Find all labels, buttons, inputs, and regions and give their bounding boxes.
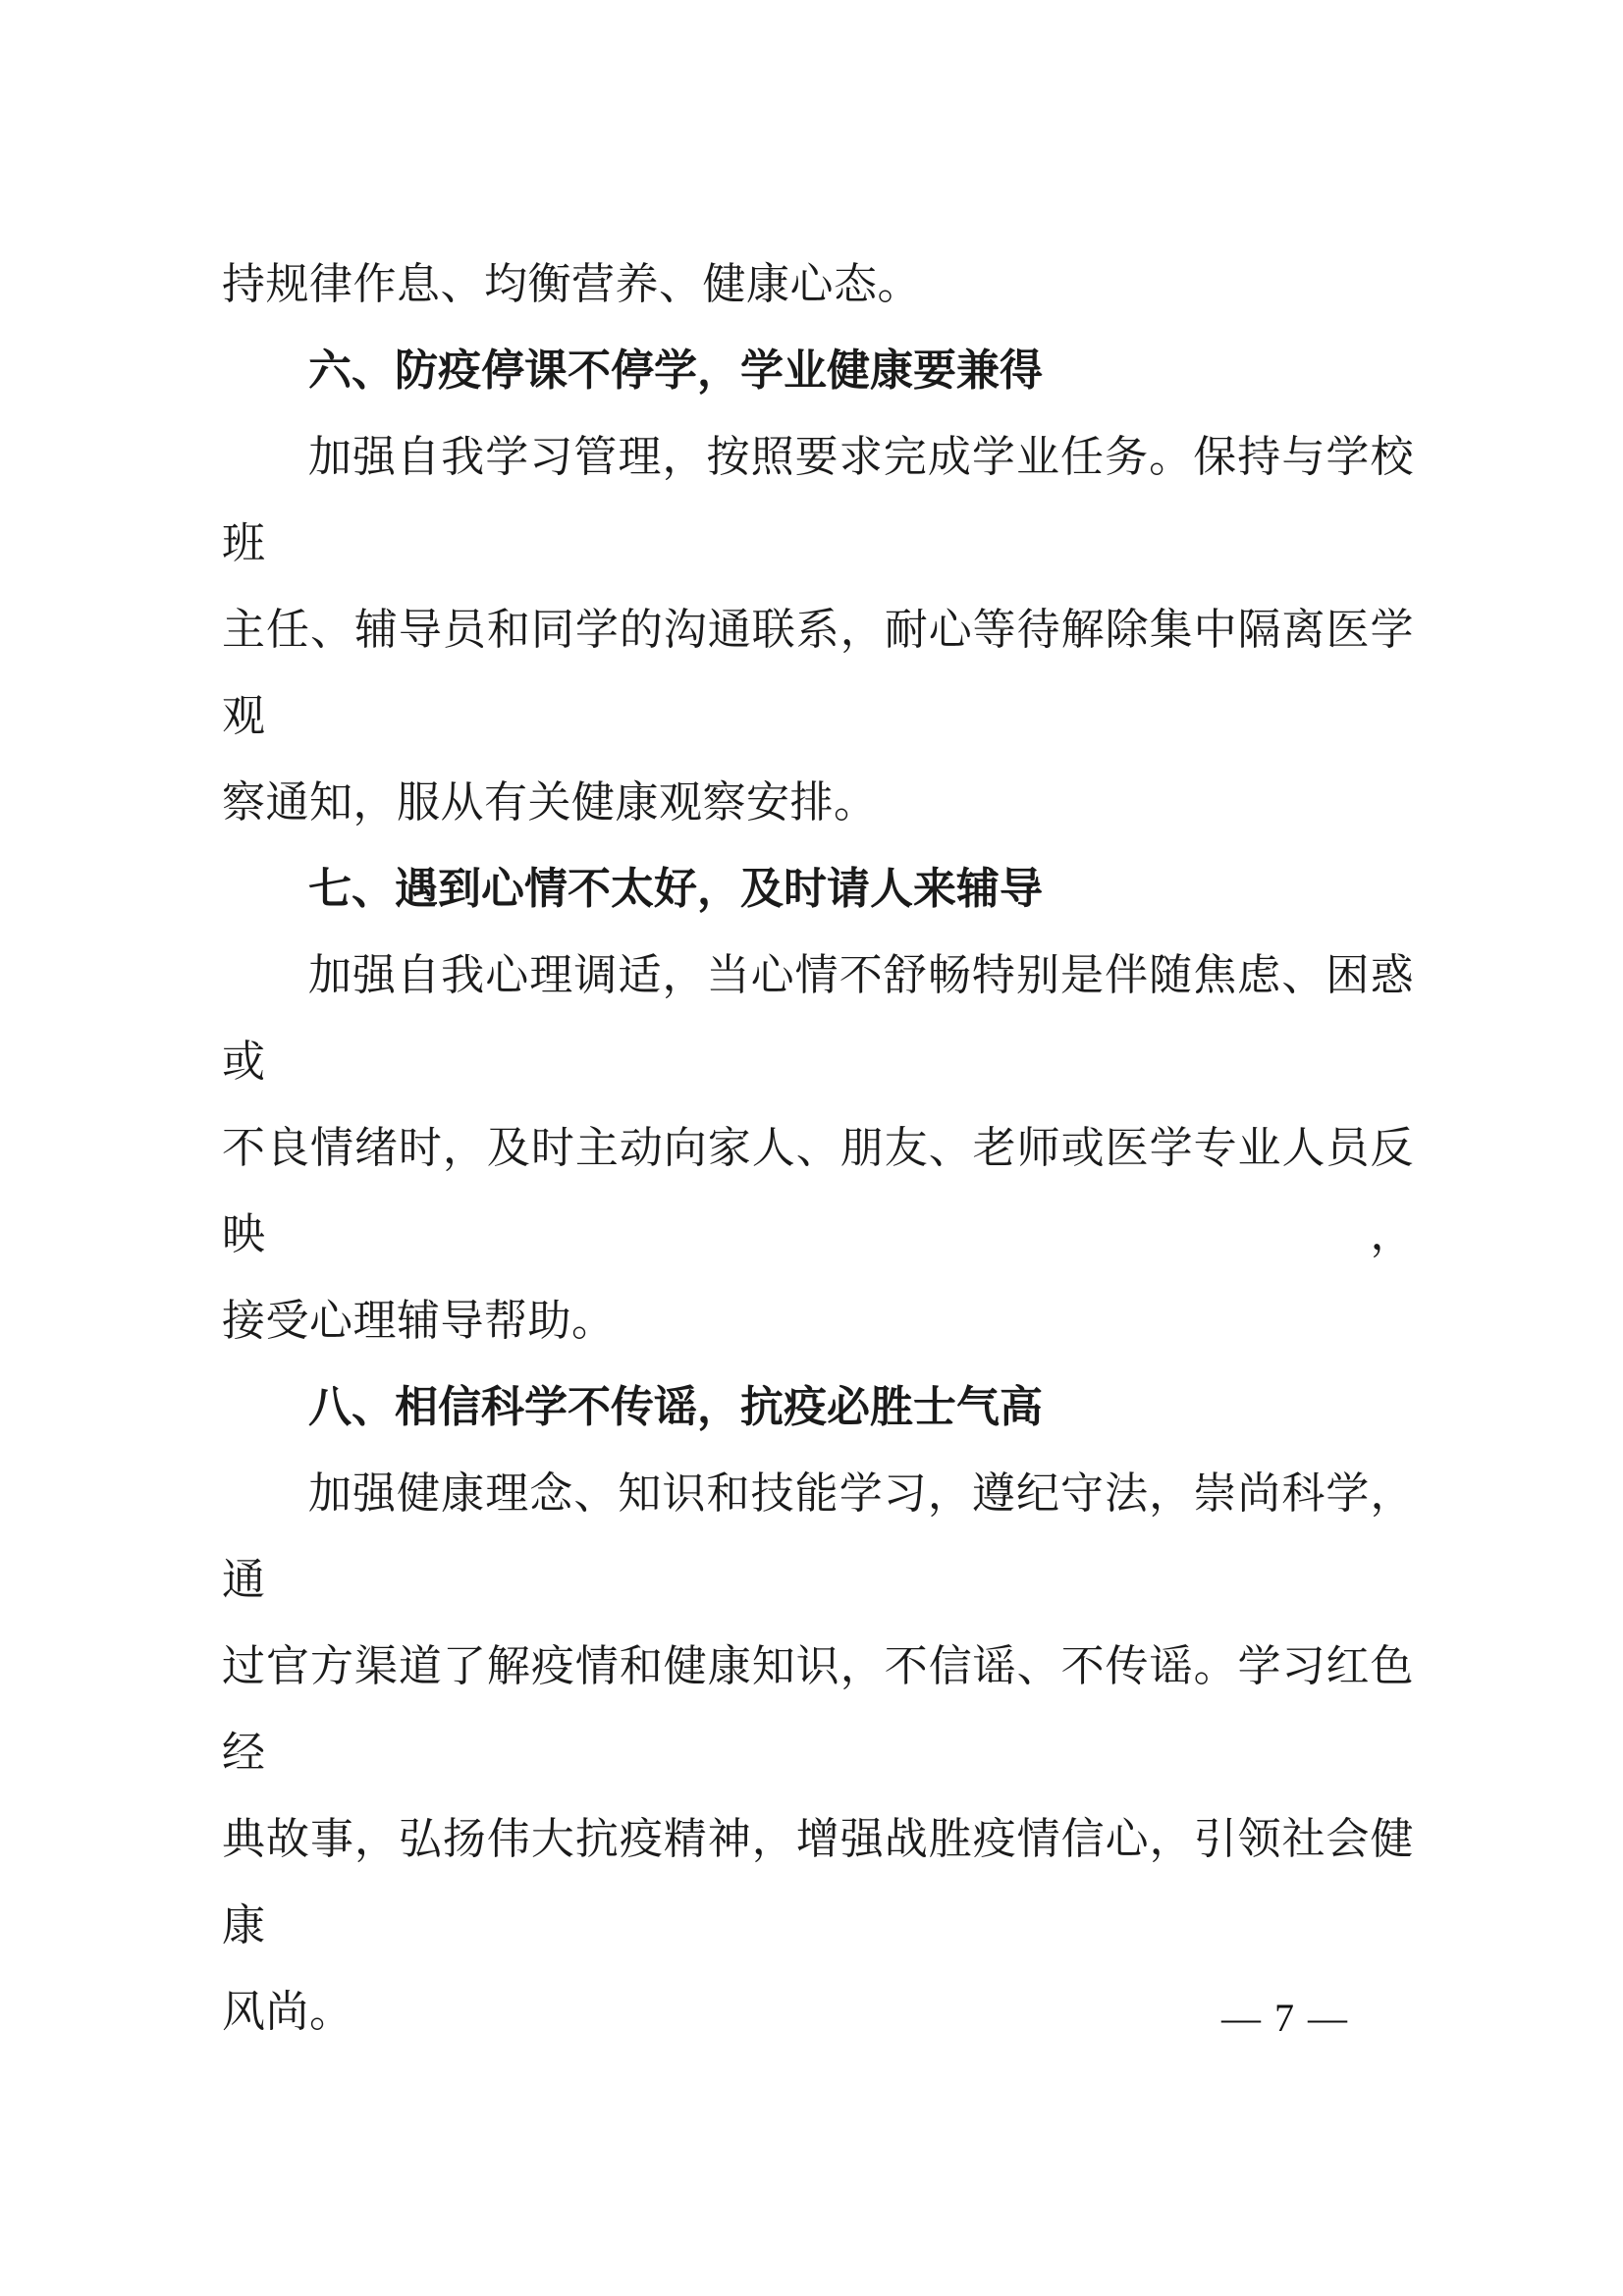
section-heading-7: 七、遇到心情不太好，及时请人来辅导 <box>222 846 1414 933</box>
paragraph-line: 察通知，服从有关健康观察安排。 <box>222 760 1414 846</box>
page-number: — 7 — <box>1221 1995 1398 2042</box>
paragraph-line: 不良情绪时，及时主动向家人、朋友、老师或医学专业人员反映， <box>222 1105 1414 1278</box>
paragraph-line: 典故事，弘扬伟大抗疫精神，增强战胜疫情信心，引领社会健康 <box>222 1796 1414 1969</box>
paragraph-continuation-line: 持规律作息、均衡营养、健康心态。 <box>222 241 1414 328</box>
paragraph-line: 接受心理辅导帮助。 <box>222 1278 1414 1364</box>
paragraph-line: 加强自我心理调适，当心情不舒畅特别是伴随焦虑、困惑或 <box>222 933 1414 1105</box>
paragraph-line: 加强自我学习管理，按照要求完成学业任务。保持与学校班 <box>222 414 1414 587</box>
paragraph-line: 加强健康理念、知识和技能学习，遵纪守法，崇尚科学，通 <box>222 1451 1414 1624</box>
paragraph-line: 过官方渠道了解疫情和健康知识，不信谣、不传谣。学习红色经 <box>222 1624 1414 1796</box>
document-text-block: 持规律作息、均衡营养、健康心态。 六、防疫停课不停学，学业健康要兼得 加强自我学… <box>222 241 1414 2056</box>
section-heading-8: 八、相信科学不传谣，抗疫必胜士气高 <box>222 1364 1414 1451</box>
paragraph-line: 主任、辅导员和同学的沟通联系，耐心等待解除集中隔离医学观 <box>222 587 1414 760</box>
document-page: 持规律作息、均衡营养、健康心态。 六、防疫停课不停学，学业健康要兼得 加强自我学… <box>0 0 1623 2296</box>
section-heading-6: 六、防疫停课不停学，学业健康要兼得 <box>222 328 1414 414</box>
